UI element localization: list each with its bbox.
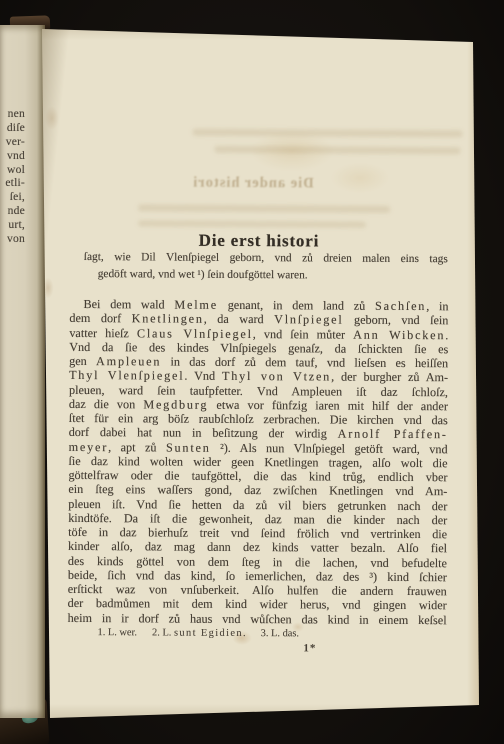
body-line: der badmůmen mit dem kind wider herus, v… bbox=[68, 596, 447, 613]
body-line: heim in ir dorf zů haus vnd wůſchen das … bbox=[68, 610, 447, 627]
footnote-2: 2. L. sunt Egidien. bbox=[152, 627, 246, 639]
facing-page-fragment: vnd bbox=[0, 149, 25, 163]
chapter-summary-line: ſagt, wie Dil Vlenſpiegel geborn, vnd zů… bbox=[84, 250, 448, 266]
book-photo-scene: nendiſever-vndwoletli-ſei,ndeurt,von Die… bbox=[0, 0, 504, 744]
body-line: dorf dabei hat nun in beſitzung der wird… bbox=[69, 425, 448, 442]
facing-page-edge: nendiſever-vndwoletli-ſei,ndeurt,von bbox=[0, 25, 45, 718]
facing-page-fragment: von bbox=[0, 232, 25, 246]
chapter-title: Die erst histori bbox=[70, 230, 448, 252]
bleedthrough-line bbox=[214, 146, 460, 155]
facing-page-fragment: etli- bbox=[0, 176, 25, 190]
body-line: Thyl Vlenſpiegel. Vnd Thyl von Vtzen, de… bbox=[69, 368, 448, 385]
footnotes: 1. L. wer.2. L. sunt Egidien.3. L. das. bbox=[97, 627, 299, 639]
body-line: ein ſteg eins waſſers gond, daz zwiſchen… bbox=[68, 482, 447, 499]
bleedthrough-line bbox=[138, 204, 390, 213]
page-content: Die ander histori Die erst histori ſagt,… bbox=[39, 26, 481, 723]
facing-page-line-fragments: nendiſever-vndwoletli-ſei,ndeurt,von bbox=[0, 107, 25, 246]
facing-page-fragment: nen bbox=[0, 107, 25, 121]
facing-page-fragment: diſe bbox=[0, 121, 25, 135]
chapter-summary-line: gedöft ward, vnd wet ¹) ſein doufgöttel … bbox=[98, 267, 308, 282]
facing-page-fragment: wol bbox=[0, 163, 25, 177]
footnote-1: 1. L. wer. bbox=[97, 627, 137, 638]
footnote-3: 3. L. das. bbox=[261, 628, 299, 639]
body-line: kinder alſo, daz mag dann dez kinds vatt… bbox=[68, 539, 447, 556]
facing-page-fragment: urt, bbox=[0, 218, 25, 232]
bleedthrough-line bbox=[138, 220, 366, 227]
facing-page-fragment: ver- bbox=[0, 135, 25, 149]
body-text: Bei dem wald Melme genant, in dem land z… bbox=[68, 297, 449, 627]
book-page: Die ander histori Die erst histori ſagt,… bbox=[42, 26, 480, 720]
signature-mark: 1* bbox=[303, 642, 316, 654]
bleedthrough-title: Die ander histori bbox=[192, 175, 314, 193]
body-line: dem dorf Knetlingen, da ward Vlnſpiegel … bbox=[69, 311, 448, 328]
bleedthrough-line bbox=[193, 129, 463, 138]
facing-page-fragment: ſei, bbox=[0, 190, 25, 204]
facing-page-fragment: nde bbox=[0, 204, 25, 218]
